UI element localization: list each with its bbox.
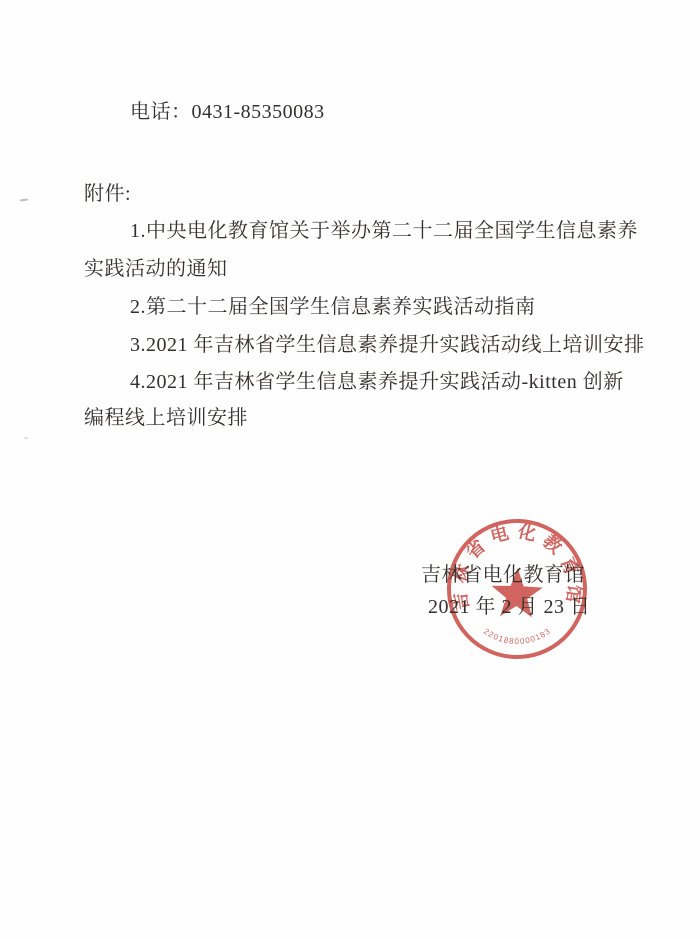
attachment-line-3: 3.2021 年吉林省学生信息素养提升实践活动线上培训安排: [130, 333, 645, 357]
official-seal: 吉林省电化教育馆 2201880000183: [438, 510, 595, 667]
attachment-line-1b: 实践活动的通知: [84, 257, 228, 281]
document-page: 电话：0431-85350083 附件: 1.中央电化教育馆关于举办第二十二届全…: [0, 0, 700, 939]
attachments-label: 附件:: [84, 182, 131, 206]
official-seal-icon: 吉林省电化教育馆 2201880000183: [438, 510, 595, 667]
attachment-line-4b: 编程线上培训安排: [84, 406, 248, 430]
attachment-line-1: 1.中央电化教育馆关于举办第二十二届全国学生信息素养: [130, 219, 638, 243]
scan-artifact: [24, 437, 28, 439]
attachment-line-4: 4.2021 年吉林省学生信息素养提升实践活动-kitten 创新: [130, 370, 624, 394]
issue-date: 2021 年 2 月 23 日: [428, 590, 591, 619]
attachment-line-2: 2.第二十二届全国学生信息素养实践活动指南: [130, 295, 536, 319]
issuer-name: 吉林省电化教育馆: [421, 558, 585, 587]
seal-serial: 2201880000183: [482, 624, 553, 647]
scan-artifact: [20, 198, 28, 201]
phone-line: 电话：0431-85350083: [130, 100, 325, 124]
